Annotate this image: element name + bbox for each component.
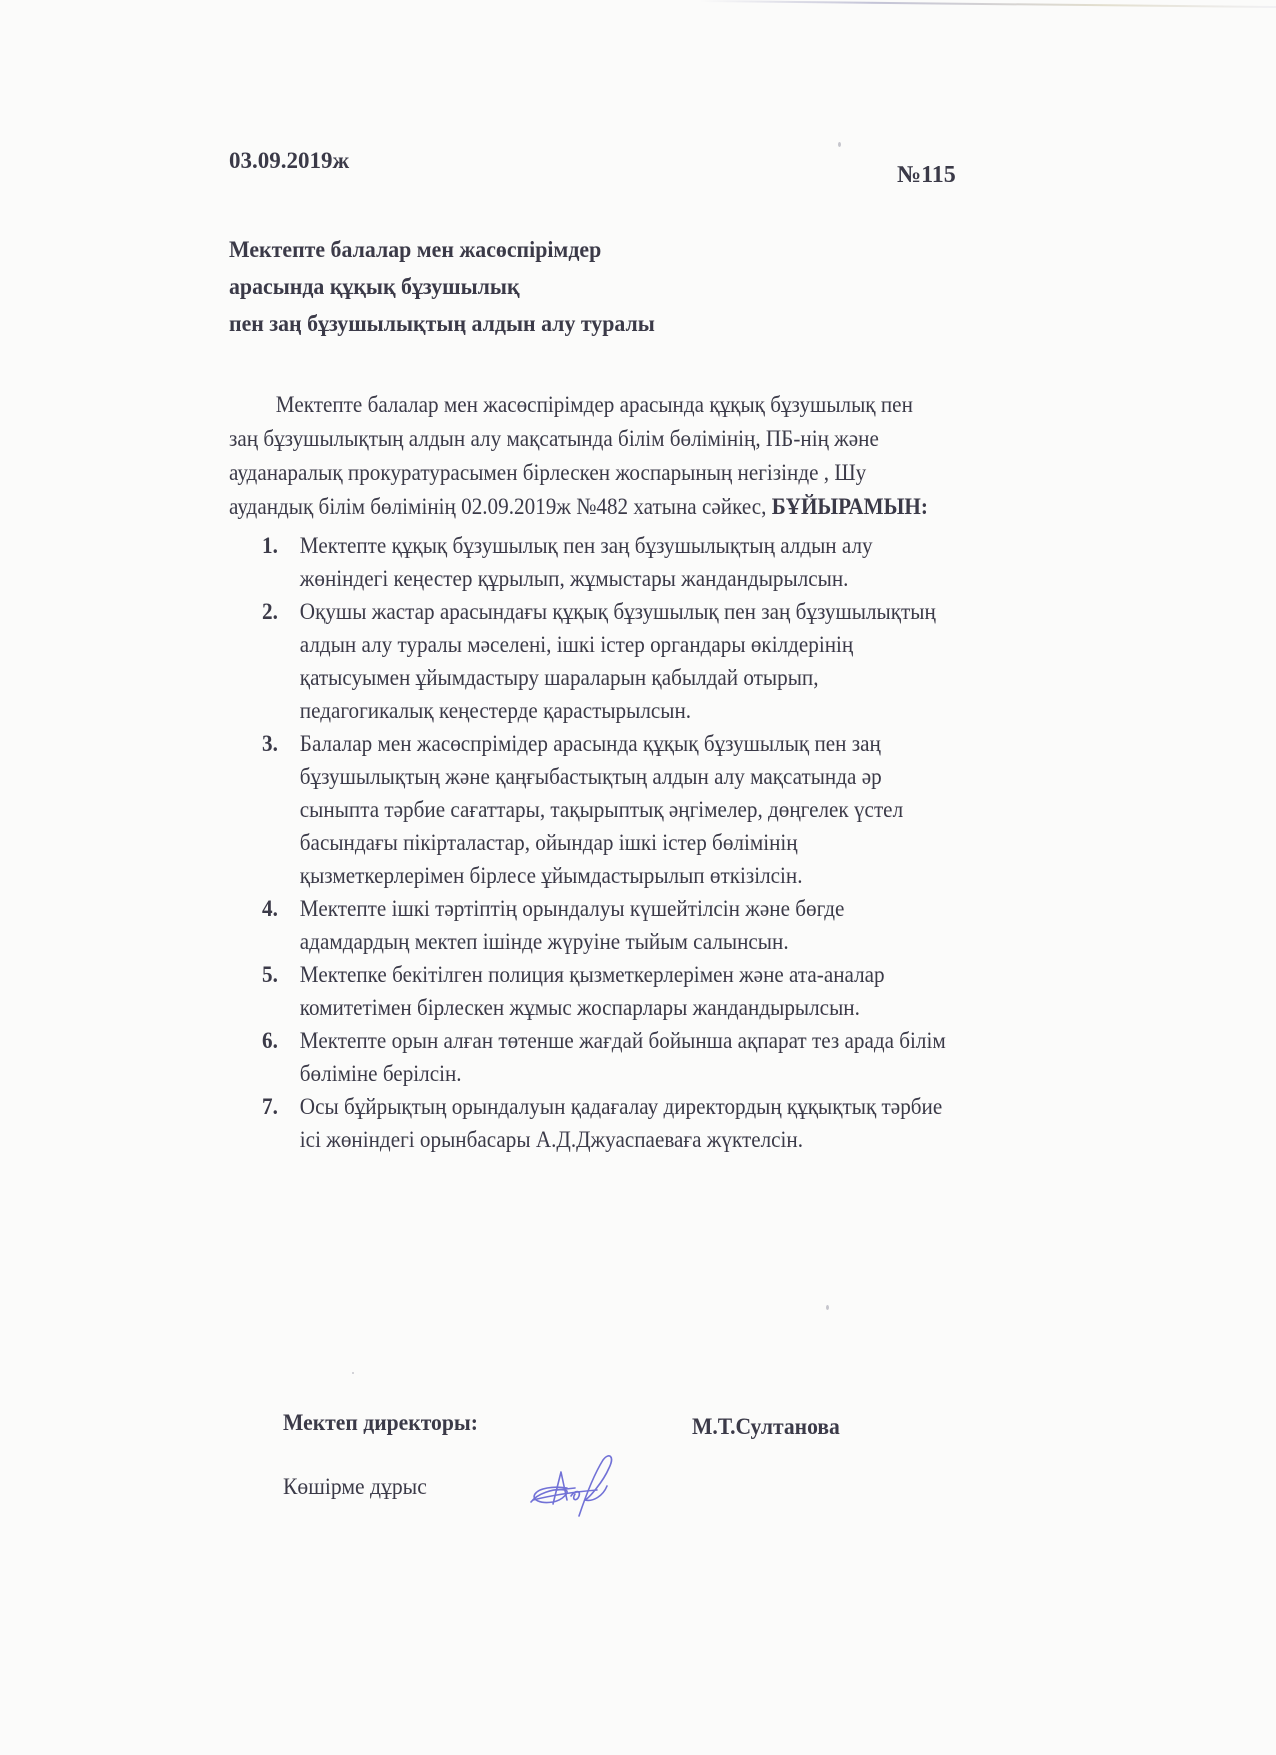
scan-speck [826, 1305, 829, 1310]
order-item-6: 6. Мектепте орын алған төтенше жағдай бо… [262, 1025, 1162, 1091]
order-number: 7. [262, 1091, 278, 1124]
order-line: бөліміне берілсін. [300, 1058, 1162, 1091]
document-date: 03.09.2019ж [229, 148, 349, 174]
order-item-7: 7. Осы бұйрықтың орындалуын қадағалау ди… [262, 1091, 1162, 1157]
preamble-line: ауданаралық прокуратурасымен бірлескен ж… [229, 456, 1093, 490]
order-line: бұзушылықтың және қаңғыбастықтың алдын а… [300, 761, 1162, 794]
title-line: Мектепте балалар мен жасөспірімдер [229, 232, 655, 269]
title-line: пен заң бұзушылықтың алдын алу туралы [229, 306, 655, 343]
order-line: сыныпта тәрбие сағаттары, тақырыптық әңг… [300, 794, 1162, 827]
preamble-line: Мектепте балалар мен жасөспірімдер арасы… [229, 388, 1093, 422]
orders-list: 1. Мектепте құқық бұзушылық пен заң бұзу… [262, 530, 1162, 1157]
order-line: Балалар мен жасөспрімідер арасында құқық… [300, 728, 1162, 761]
order-line: Осы бұйрықтың орындалуын қадағалау дирек… [300, 1091, 1162, 1124]
order-line: Мектепте орын алған төтенше жағдай бойын… [300, 1025, 1162, 1058]
scan-speck [838, 142, 841, 147]
signature-block: Мектеп директоры: М.Т.Султанова Көшірме … [283, 1410, 983, 1520]
scanned-document-page: 03.09.2019ж №115 Мектепте балалар мен жа… [0, 0, 1276, 1755]
order-line: комитетімен бірлескен жұмыс жоспарлары ж… [300, 992, 1162, 1025]
order-item-4: 4. Мектепте ішкі тәртіптің орындалуы күш… [262, 893, 1162, 959]
order-item-5: 5. Мектепке бекітілген полиция қызметкер… [262, 959, 1162, 1025]
order-number: 4. [262, 893, 278, 926]
order-line: Мектепте құқық бұзушылық пен заң бұзушыл… [300, 530, 1162, 563]
document-number: №115 [897, 162, 956, 189]
copy-certified-label: Көшірме дұрыс [283, 1474, 427, 1501]
preamble-paragraph: Мектепте балалар мен жасөспірімдер арасы… [229, 388, 1093, 524]
order-item-2: 2. Оқушы жастар арасындағы құқық бұзушыл… [262, 596, 1162, 728]
preamble-line: заң бұзушылықтың алдын алу мақсатында бі… [229, 422, 1093, 456]
scan-edge-artifact [700, 0, 1276, 8]
order-line: Мектепке бекітілген полиция қызметкерлер… [300, 959, 1162, 992]
director-label: Мектеп директоры: [283, 1410, 478, 1437]
order-number: 1. [262, 530, 278, 563]
order-line: педагогикалық кеңестерде қарастырылсын. [300, 695, 1162, 728]
director-name: М.Т.Султанова [692, 1414, 840, 1441]
order-item-1: 1. Мектепте құқық бұзушылық пен заң бұзу… [262, 530, 1162, 596]
title-line: арасында құқық бұзушылық [229, 269, 655, 306]
order-line: ісі жөніндегі орынбасары А.Д.Джуаспаевағ… [300, 1124, 1162, 1157]
order-number: 2. [262, 596, 278, 629]
order-line: басындағы пікірталастар, ойындар ішкі іс… [300, 827, 1162, 860]
preamble-line: аудандық білім бөлімінің 02.09.2019ж №48… [229, 490, 1093, 524]
order-number: 6. [262, 1025, 278, 1058]
order-line: Мектепте ішкі тәртіптің орындалуы күшейт… [300, 893, 1162, 926]
order-number: 3. [262, 728, 278, 761]
order-line: Оқушы жастар арасындағы құқық бұзушылық … [300, 596, 1162, 629]
order-item-3: 3. Балалар мен жасөспрімідер арасында құ… [262, 728, 1162, 893]
order-line: жөніндегі кеңестер құрылып, жұмыстары жа… [300, 563, 1162, 596]
order-line: қатысуымен ұйымдастыру шараларын қабылда… [300, 662, 1162, 695]
document-title: Мектепте балалар мен жасөспірімдер арасы… [229, 232, 655, 343]
order-line: адамдардың мектеп ішінде жүруіне тыйым с… [300, 926, 1162, 959]
order-line: алдын алу туралы мәселені, ішкі істер ор… [300, 629, 1162, 662]
scan-speck [352, 1372, 354, 1374]
order-keyword: БҰЙЫРАМЫН: [772, 494, 928, 520]
handwritten-signature-icon [523, 1450, 623, 1520]
preamble-line-text: аудандық білім бөлімінің 02.09.2019ж №48… [229, 494, 772, 520]
order-number: 5. [262, 959, 278, 992]
order-line: қызметкерлерімен бірлесе ұйымдастырылып … [300, 860, 1162, 893]
